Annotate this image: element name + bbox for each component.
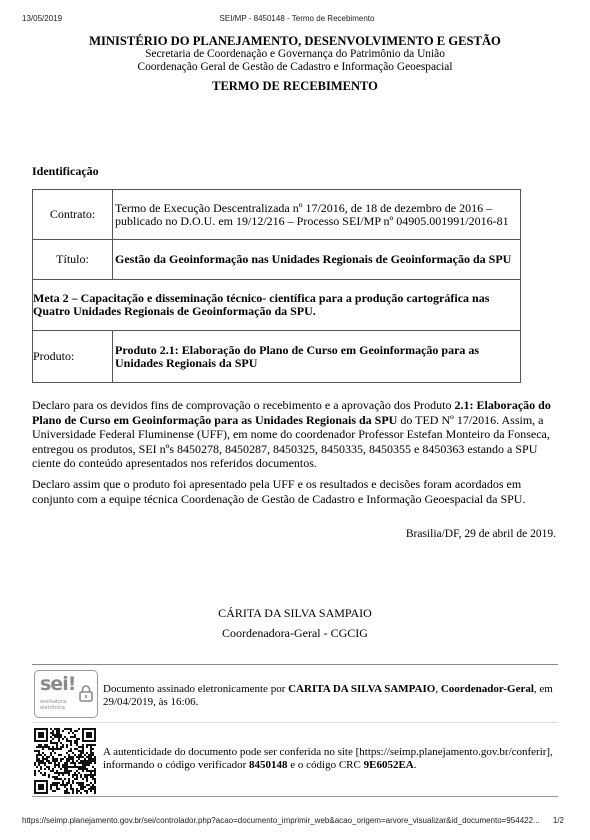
- declaration-paragraph-2: Declaro assim que o produto foi apresent…: [32, 477, 558, 506]
- signature-statement: Documento assinado eletronicamente por C…: [103, 683, 563, 709]
- document-title: TERMO DE RECEBIMENTO: [0, 79, 590, 94]
- sei-logo-caption: assinatura eletrônica: [40, 699, 66, 711]
- declaration-paragraph-1: Declaro para os devidos fins de comprova…: [32, 398, 558, 471]
- secretariat-name: Secretaria de Coordenação e Governança d…: [0, 48, 590, 61]
- print-header: 13/05/2019 SEI/MP - 8450148 - Termo de R…: [0, 14, 590, 26]
- qr-code-icon: [34, 728, 96, 794]
- product-label: Produto:: [33, 331, 113, 383]
- contract-label: Contrato:: [33, 190, 113, 240]
- table-row-contract: Contrato: Termo de Execução Descentraliz…: [33, 190, 521, 240]
- coordination-name: Coordenação Geral de Gestão de Cadastro …: [0, 61, 590, 74]
- lock-icon: [79, 684, 93, 702]
- sei-signature-logo: sei! assinatura eletrônica: [34, 670, 98, 718]
- table-row-goal: Meta 2 – Capacitação e disseminação técn…: [33, 280, 521, 331]
- print-url: https://seimp.planejamento.gov.br/sei/co…: [22, 816, 540, 825]
- divider: [32, 664, 558, 665]
- table-row-title: Título: Gestão da Geoinformação nas Unid…: [33, 240, 521, 280]
- org-header: MINISTÉRIO DO PLANEJAMENTO, DESENVOLVIME…: [0, 34, 590, 73]
- identification-table: Contrato: Termo de Execução Descentraliz…: [32, 189, 521, 383]
- goal-value: Meta 2 – Capacitação e disseminação técn…: [33, 280, 521, 331]
- authenticity-statement: A autenticidade do documento pode ser co…: [103, 746, 563, 772]
- product-value: Produto 2.1: Elaboração do Plano de Curs…: [113, 331, 521, 383]
- contract-value: Termo de Execução Descentralizada nº 17/…: [113, 190, 521, 240]
- divider: [32, 796, 558, 797]
- print-title: SEI/MP - 8450148 - Termo de Recebimento: [0, 14, 590, 23]
- page-number: 1/2: [553, 816, 564, 825]
- identification-heading: Identificação: [32, 164, 99, 179]
- sei-logo-word: sei!: [40, 673, 75, 695]
- title-value: Gestão da Geoinformação nas Unidades Reg…: [113, 240, 521, 280]
- place-date: Brasilia/DF, 29 de abril de 2019.: [406, 528, 556, 540]
- signer-block: CÁRITA DA SILVA SAMPAIO Coordenadora-Ger…: [0, 603, 590, 643]
- signer-name: CÁRITA DA SILVA SAMPAIO: [0, 603, 590, 623]
- table-row-product: Produto: Produto 2.1: Elaboração do Plan…: [33, 331, 521, 383]
- title-label: Título:: [33, 240, 113, 280]
- signer-role: Coordenadora-Geral - CGCIG: [0, 623, 590, 643]
- divider: [32, 722, 558, 723]
- ministry-name: MINISTÉRIO DO PLANEJAMENTO, DESENVOLVIME…: [0, 34, 590, 48]
